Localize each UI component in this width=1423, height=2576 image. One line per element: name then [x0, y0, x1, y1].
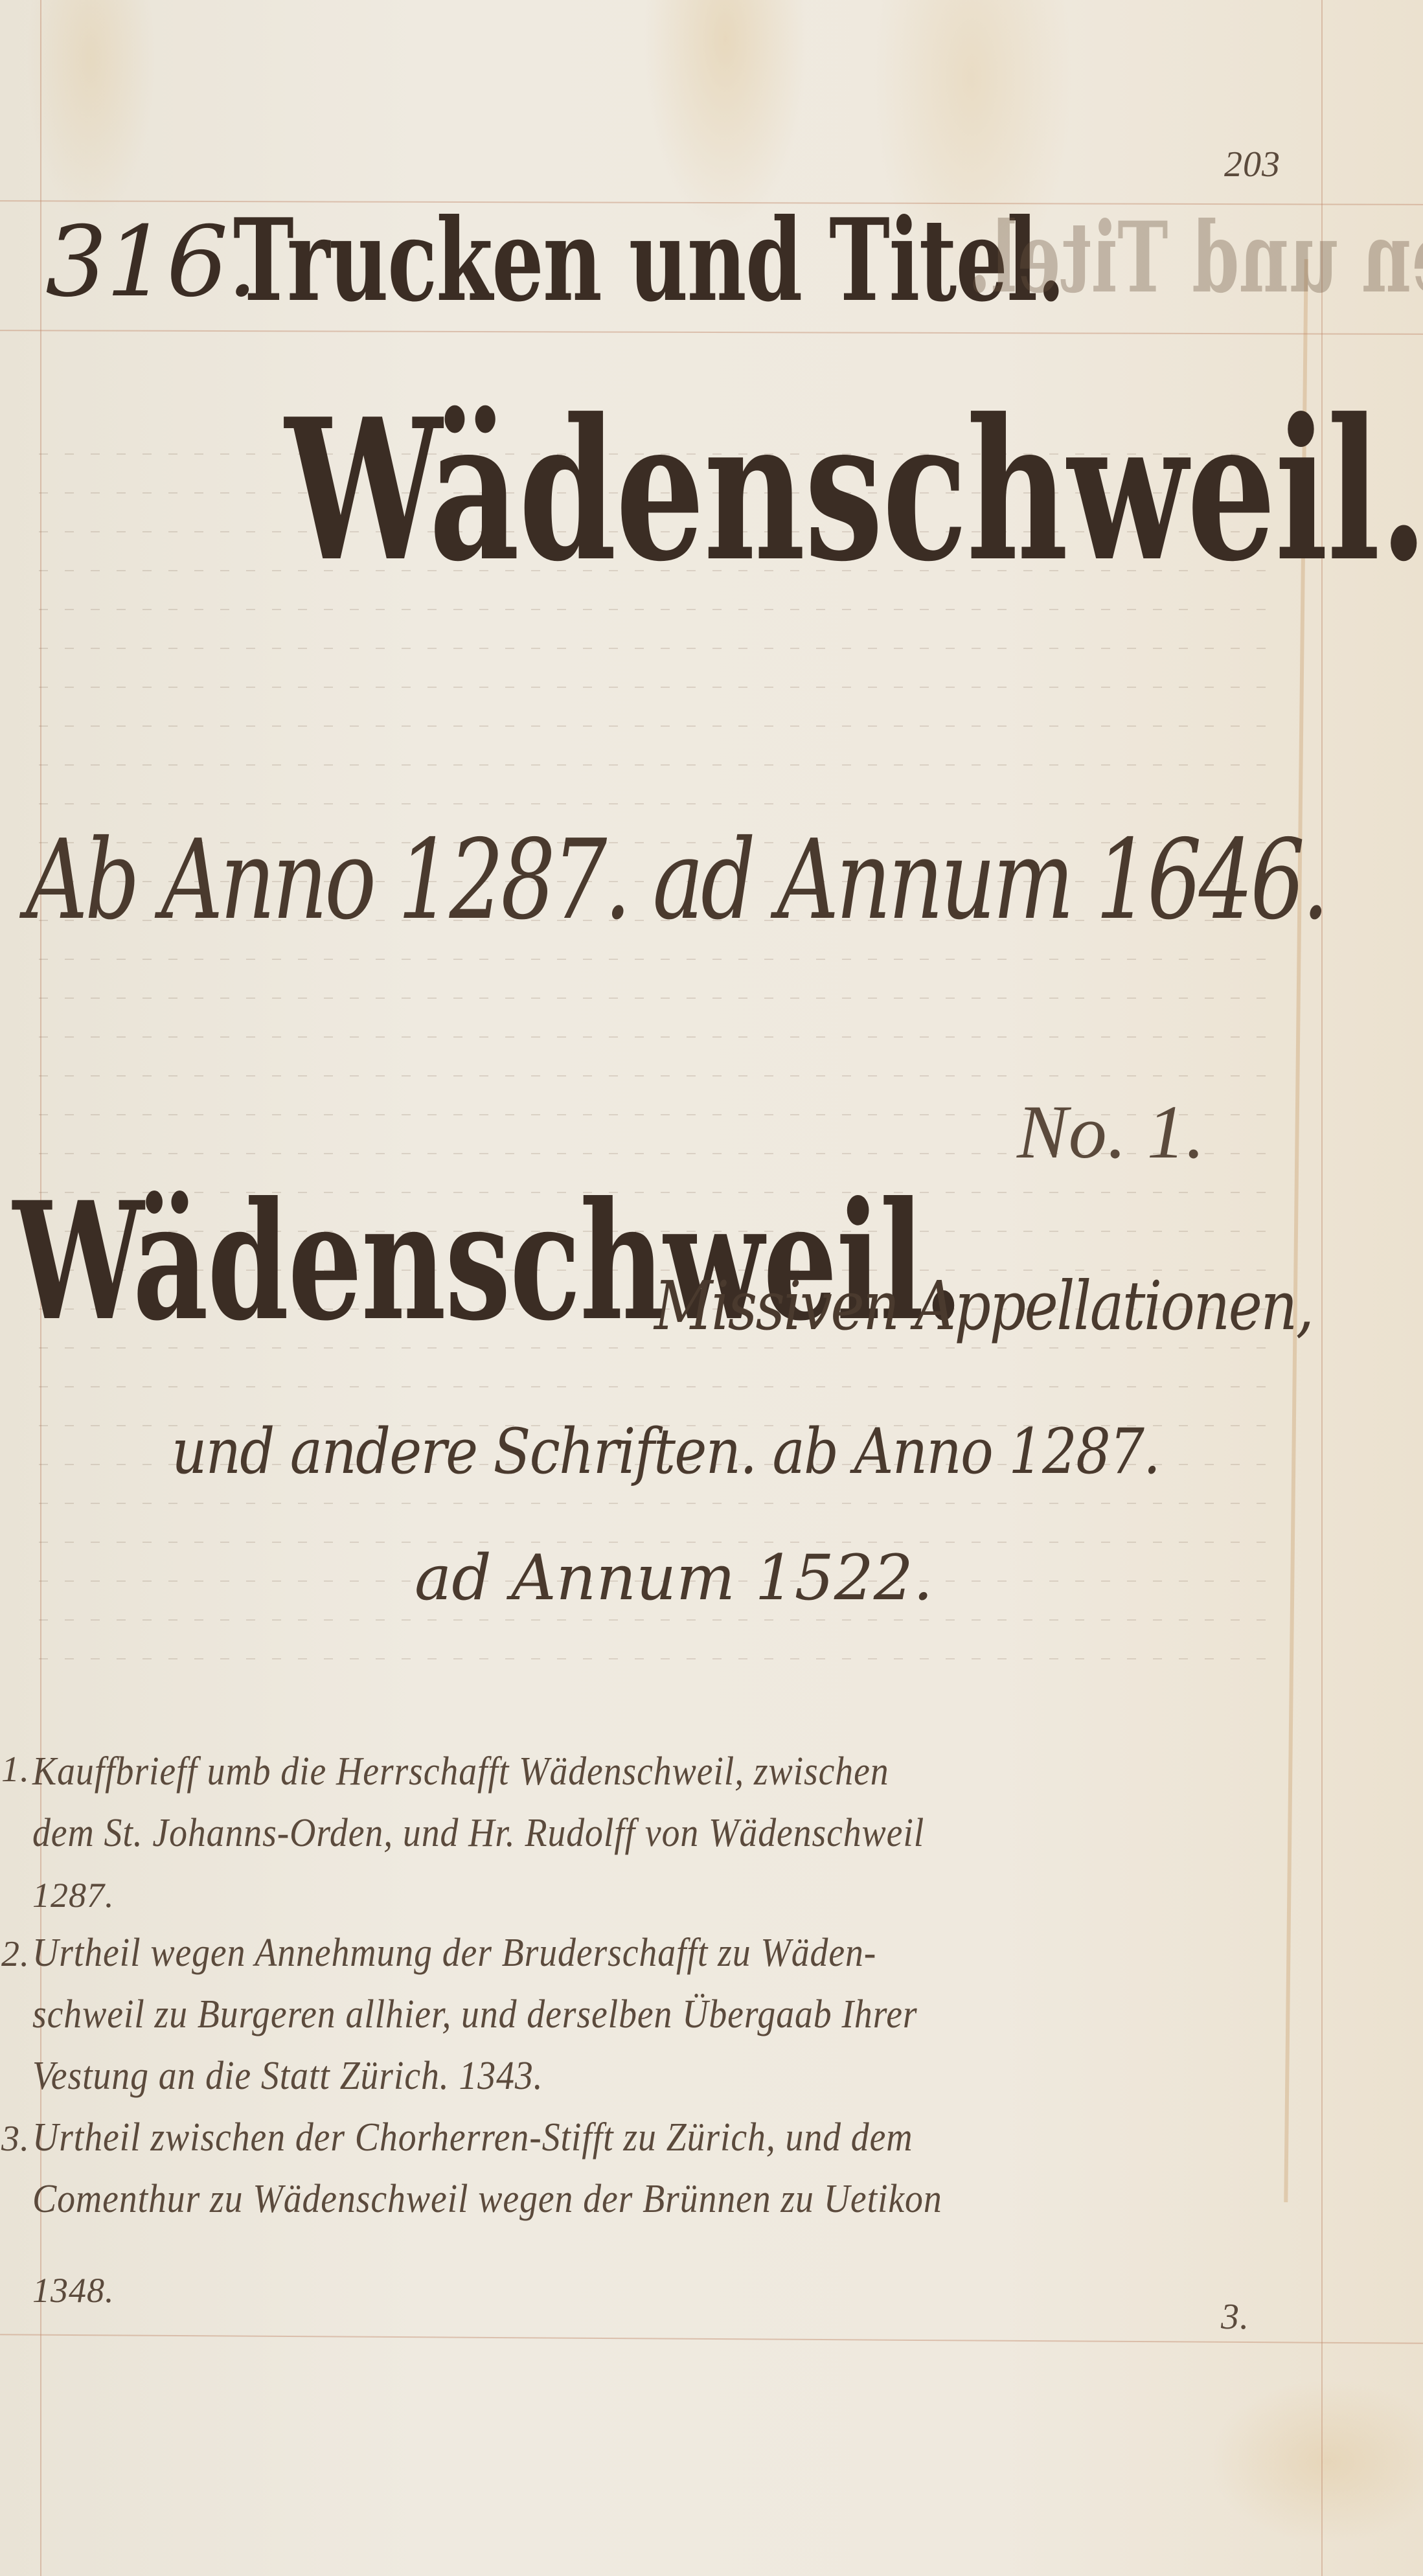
folio-number: 203	[1224, 144, 1281, 185]
section-title: Trucken und Titel.	[233, 194, 1064, 327]
entry-1-year: 1287.	[32, 1875, 115, 1915]
entry-2-line-2: schweil zu Burgeren allhier, und derselb…	[32, 1992, 918, 2038]
header-rule-bottom	[0, 330, 1423, 335]
number-label: No. 1.	[1017, 1088, 1205, 1176]
section-title-bleed-through: Trucken und Titel.	[968, 201, 1423, 315]
date-range-title: Ab Anno 1287. ad Annum 1646.	[26, 816, 1326, 944]
entry-1-line-2: dem St. Johanns-Orden, und Hr. Rudolff v…	[32, 1810, 924, 1856]
entry-2-marker: 2.	[1, 1933, 30, 1975]
entry-3-year: 1348.	[32, 2270, 115, 2310]
entry-1-line-1: Kauffbrieff umb die Herrschafft Wädensch…	[32, 1749, 889, 1795]
place-title: Wädenschweil.	[285, 376, 1423, 604]
entry-1-marker: 1.	[1, 1749, 30, 1790]
entry-3-line-2: Comenthur zu Wädenschweil wegen der Brün…	[32, 2176, 942, 2222]
entry-group-description-3: ad Annum 1522.	[415, 1542, 933, 1614]
entry-3-marker: 3.	[1, 2118, 30, 2160]
section-number: 316.	[45, 206, 256, 319]
entry-3-line-1: Urtheil zwischen der Chorherren-Stifft z…	[32, 2115, 913, 2161]
entry-2-line-1: Urtheil wegen Annehmung der Bruderschaff…	[32, 1930, 876, 1976]
entry-2-line-3: Vestung an die Statt Zürich. 1343.	[32, 2053, 543, 2099]
bleed-through-lines	[39, 453, 1281, 1697]
footer-rule	[0, 2334, 1423, 2343]
manuscript-page: 203 316. Trucken und Titel. Trucken und …	[0, 0, 1423, 2576]
catchword-number: 3.	[1221, 2296, 1249, 2338]
entry-group-description-2: und andere Schriften. ab Anno 1287.	[172, 1415, 1159, 1488]
entry-group-description-1: Missiven Appellationen,	[654, 1266, 1312, 1345]
